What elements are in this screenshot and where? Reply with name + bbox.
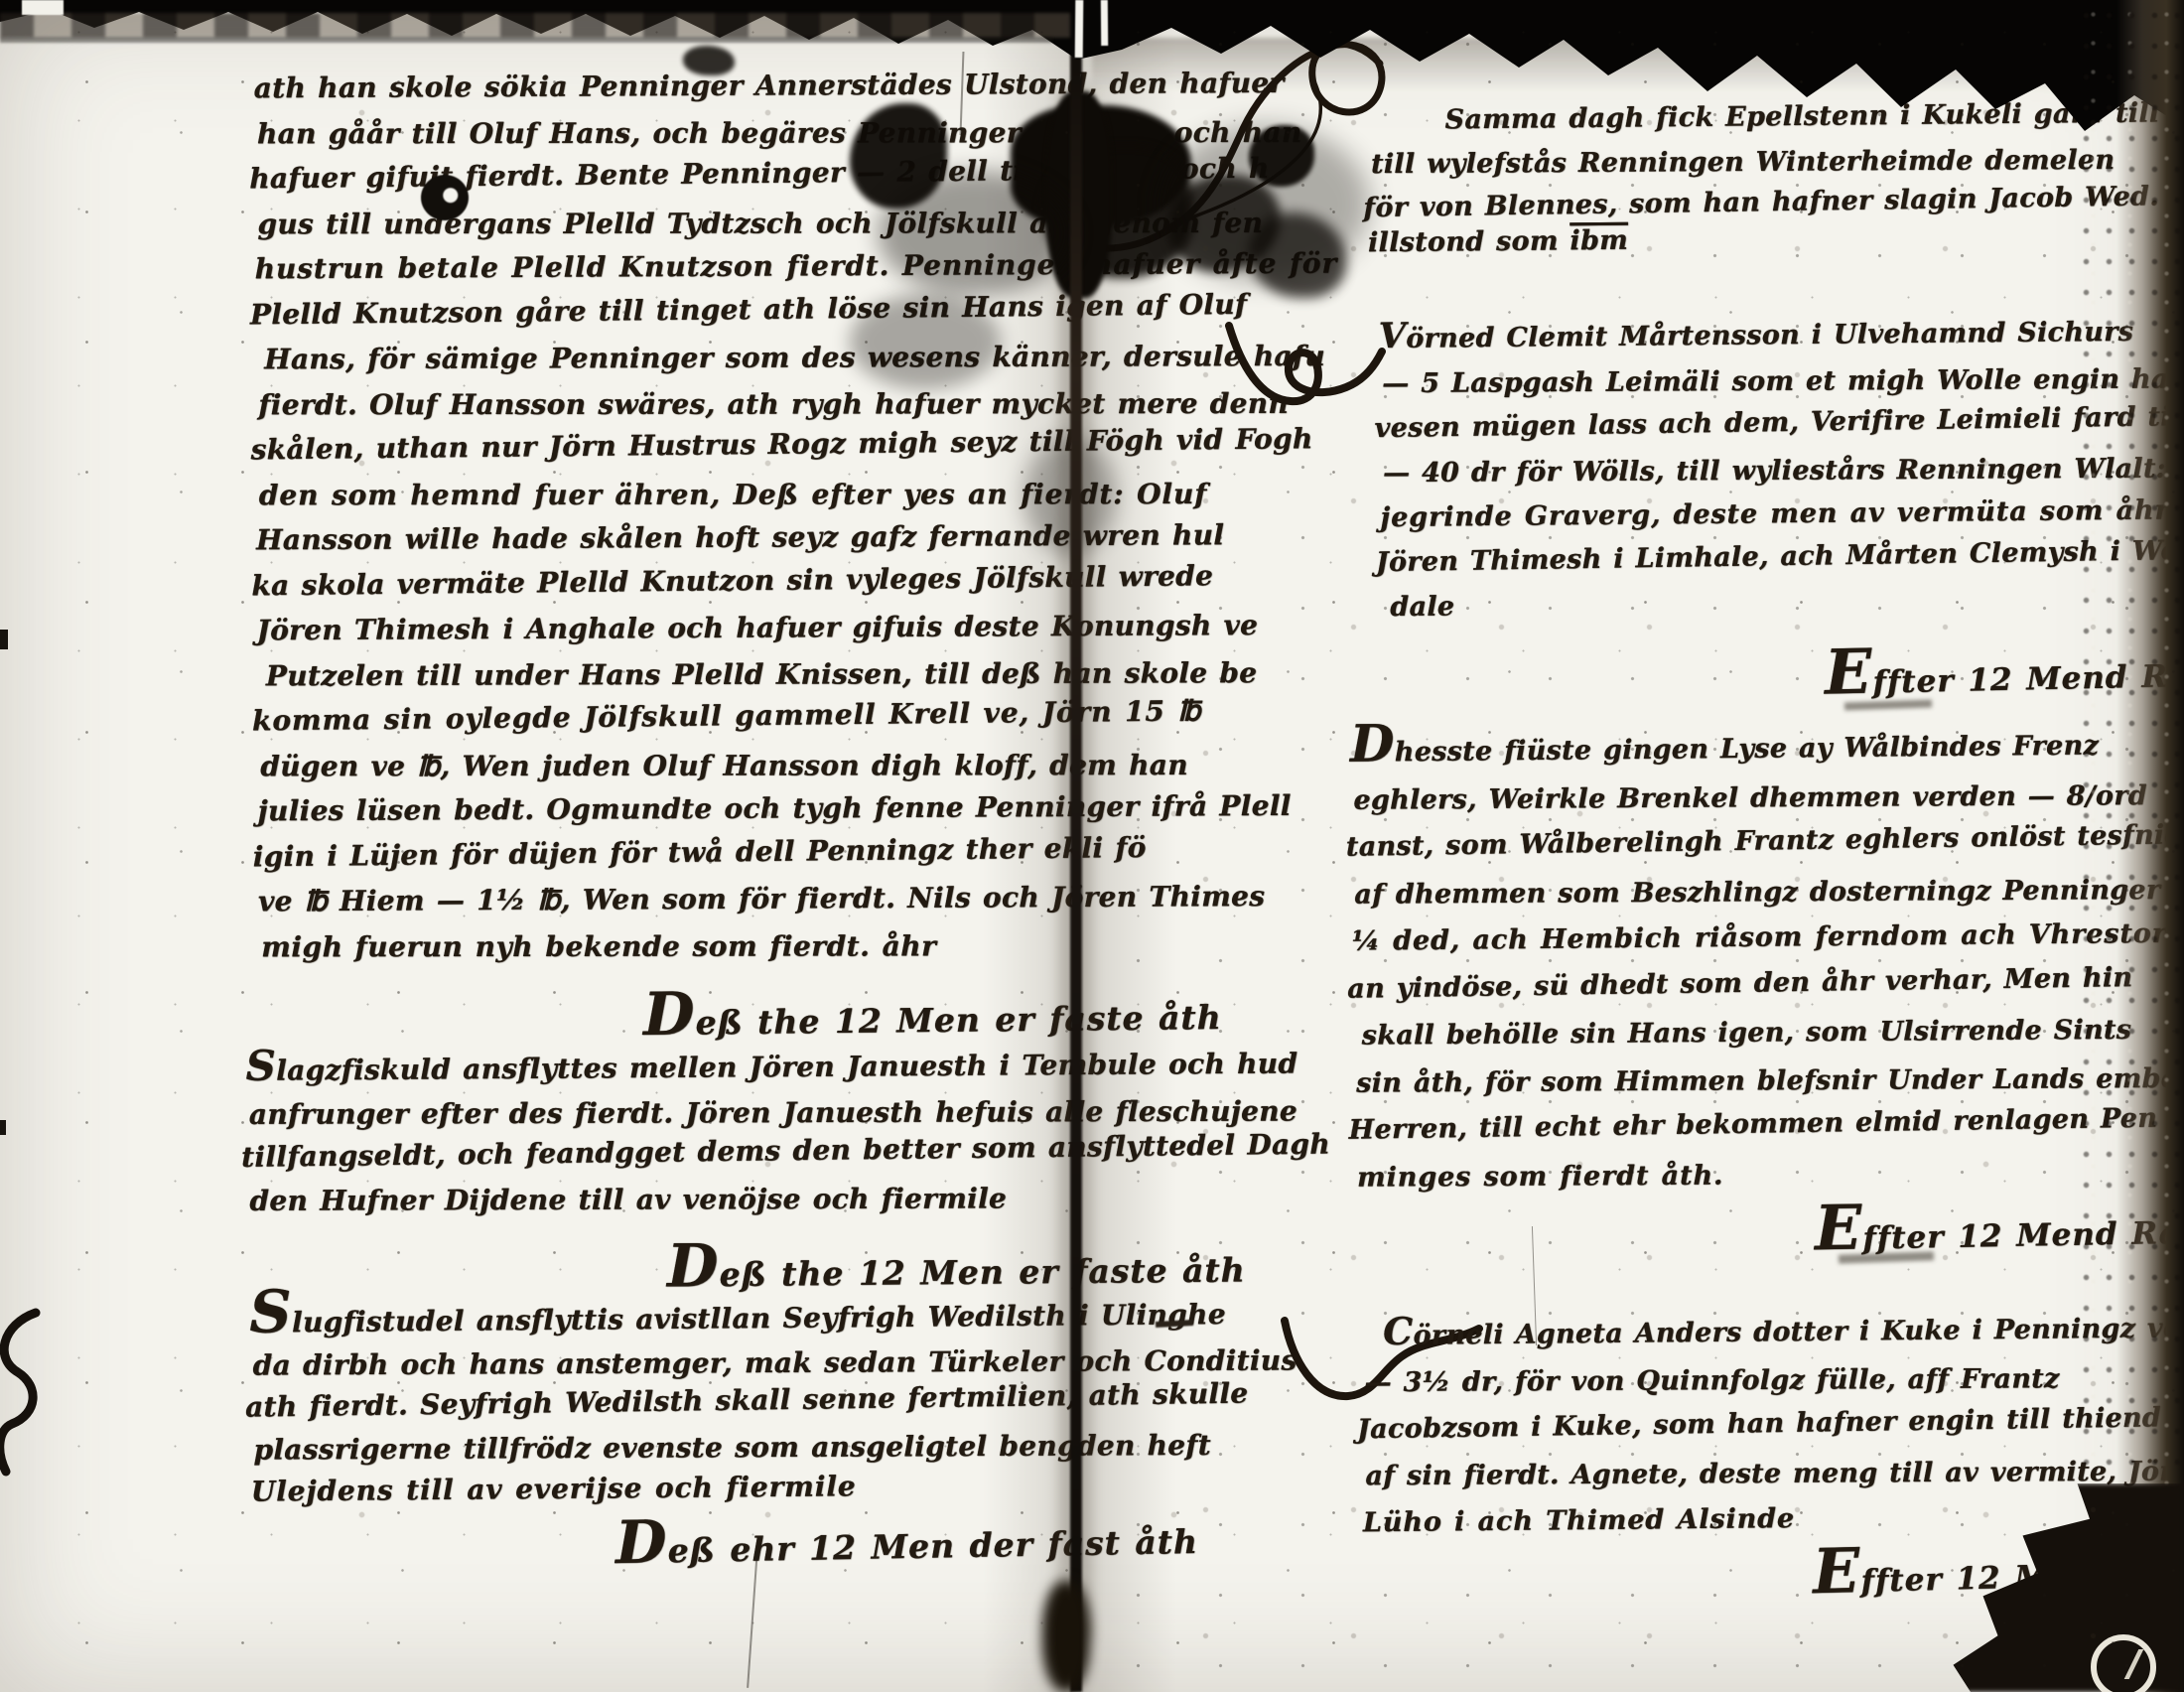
handwritten-line: Dhesste fiüste gingen Lyse ay Wålbindes …: [1350, 712, 2184, 776]
calligraphic-flourish-icon: [1221, 316, 1390, 415]
handwritten-line: af sin fierdt. Agnete, deste meng till a…: [1365, 1448, 2184, 1499]
handwritten-line: Slugfistudel ansflyttis avistllan Seyfri…: [249, 1282, 1294, 1344]
left-edge-mark: [0, 1120, 6, 1135]
handwritten-line: — 40 dr för Wölls, till wyliestårs Renni…: [1383, 446, 2184, 495]
handwritten-line: Hans, för sämige Penninger som des wesen…: [264, 335, 1138, 382]
handwritten-line: igin i Lüjen för düjen för twå dell Penn…: [253, 825, 1127, 880]
scan-edge-notch: [22, 0, 64, 15]
left-text-block-3: Slugfistudel ansflyttis avistllan Seyfri…: [249, 1282, 1296, 1513]
handwritten-line: ka skola vermäte Plelld Knutzon sin vyle…: [251, 554, 1125, 609]
handwritten-line: Jören Thimesh i Anghale och hafuer gifui…: [256, 604, 1130, 653]
handwritten-line: Vörned Clemit Mårtensson i Ulvehamnd Sic…: [1378, 306, 2184, 361]
handwritten-text: illstond som: [1368, 225, 1559, 258]
handwritten-line: dale: [1390, 579, 2184, 630]
right-paragraph-2: Vörned Clemit Mårtensson i Ulvehamnd Sic…: [1378, 306, 2184, 630]
handwritten-line: skålen, uthan nur Jörn Hustrus Rogz migh…: [250, 418, 1124, 473]
overlined-abbreviation: ibm: [1570, 225, 1628, 257]
archive-stamp: [2091, 1634, 2156, 1692]
handwritten-line: plassrigerne tillfrödz evenste som ansge…: [253, 1424, 1297, 1472]
left-edge-mark: [0, 630, 8, 649]
handwritten-line: komma sin oylegde Jölfskull gammell Krel…: [252, 689, 1126, 744]
manuscript-scan: ath han skole sökia Penninger Annerstäde…: [0, 0, 2184, 1692]
handwritten-line: ve ℔ Hiem — 1½ ℔, Wen som för fierdt. Ni…: [258, 875, 1132, 924]
handwritten-line: af dhemmen som Beszhlingz dosterningz Pe…: [1354, 866, 2184, 918]
ink-smear: [1844, 699, 1932, 710]
page-top-edge-shadow: [0, 13, 1070, 38]
handwritten-line: migh fuerun nyh bekende som fierdt. åhr: [261, 923, 1135, 970]
margin-flourish: [0, 1307, 46, 1478]
scan-edge-slit: [1101, 0, 1108, 46]
scan-edge-slit: [1075, 0, 1084, 58]
handwritten-line: den som hemnd fuer ähren, Deß efter yes …: [259, 472, 1133, 518]
ink-smudge: [878, 171, 1072, 296]
left-text-block-2: Slagzfiskuld ansflyttes mellen Jören Jan…: [245, 1037, 1335, 1222]
page-top-edge-line: [0, 37, 1052, 43]
right-paragraph-4: Cörneli Agneta Anders dotter i Kuke i Pe…: [1361, 1301, 2184, 1546]
ink-blot-ring: [421, 175, 469, 220]
book-gutter-foot: [1042, 1581, 1090, 1692]
handwritten-line: Slagzfiskuld ansflyttes mellen Jören Jan…: [245, 1037, 1334, 1092]
handwritten-line: dügen ve ℔, Wen juden Oluf Hansson digh …: [260, 743, 1134, 789]
right-paragraph-1-tail: illstond som ibm: [1368, 225, 1628, 259]
book-gutter: [1070, 0, 1082, 1692]
handwritten-line: Cörneli Agneta Anders dotter i Kuke i Pe…: [1361, 1301, 2184, 1359]
ink-smudge: [850, 294, 1001, 389]
verdict-formula-3: Deß ehr 12 Men der fast åth: [614, 1498, 1198, 1578]
page-edge-right-texture: [2075, 0, 2184, 1692]
handwritten-line: den Hufner Dijdene till av venöjse och f…: [249, 1176, 1338, 1222]
right-paragraph-3: Dhesste fiüste gingen Lyse ay Wålbindes …: [1350, 712, 2184, 1200]
handwritten-line: skall behölle sin Hans igen, som Ulsirre…: [1362, 1005, 2184, 1059]
